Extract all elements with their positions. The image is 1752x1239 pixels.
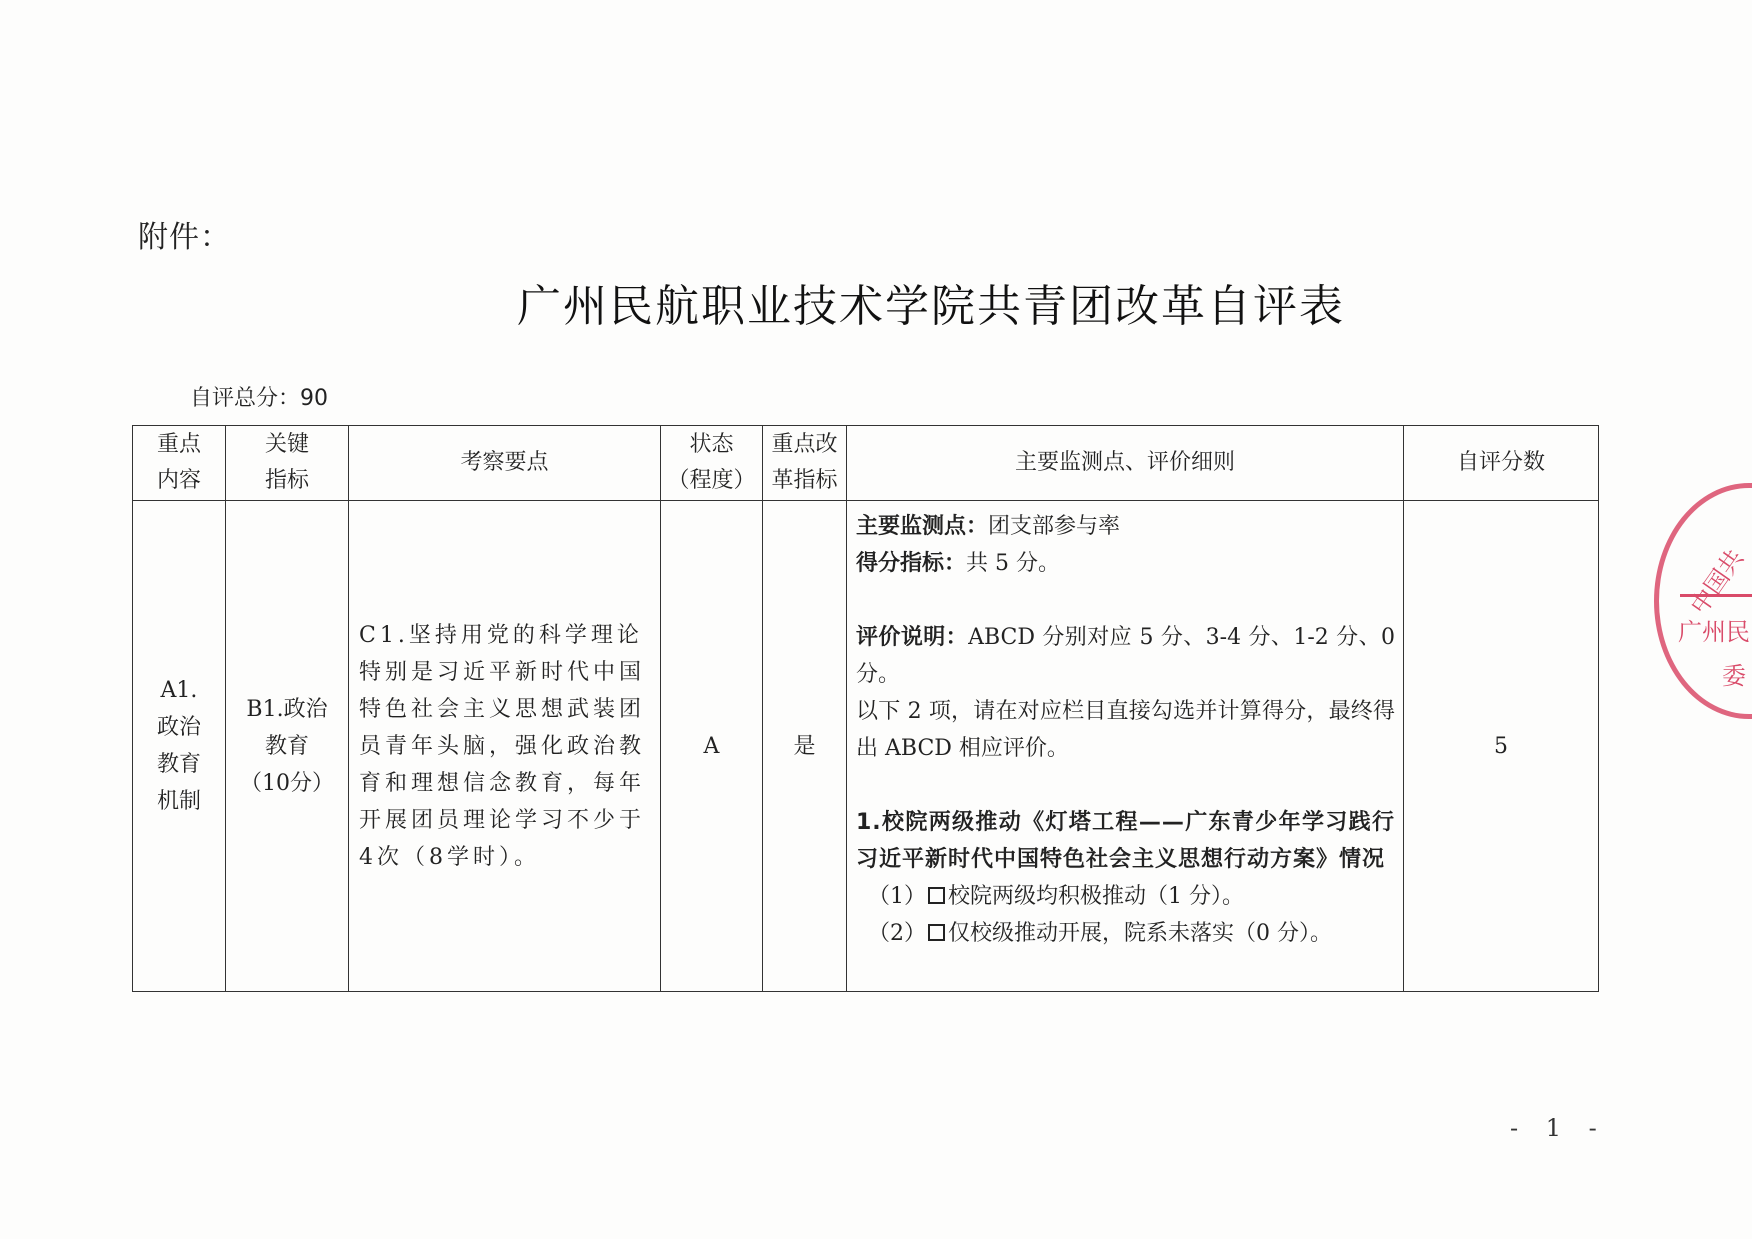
checkbox-icon[interactable] xyxy=(928,887,945,904)
evaluation-note: 评价说明：ABCD 分别对应 5 分、3-4 分、1-2 分、0 分。 xyxy=(856,619,1395,693)
cell-monitoring-details: 主要监测点：团支部参与率 得分指标：共 5 分。 评价说明：ABCD 分别对应 … xyxy=(847,501,1404,992)
cell-status: A xyxy=(661,501,763,992)
attachment-label: 附件： xyxy=(138,212,231,256)
header-inspection-points: 考察要点 xyxy=(349,426,661,501)
table-header-row: 重点 内容 关键 指标 考察要点 状态 （程度） 重点改 革指标 主要监测点、评… xyxy=(133,426,1599,501)
cell-key-reform: 是 xyxy=(763,501,847,992)
cell-self-score: 5 xyxy=(1404,501,1599,992)
page-number: - 1 - xyxy=(1510,1114,1607,1142)
instruction-text: 以下 2 项，请在对应栏目直接勾选并计算得分，最终得出 ABCD 相应评价。 xyxy=(856,693,1395,767)
header-key-content: 重点 内容 xyxy=(133,426,226,501)
spacer xyxy=(856,582,1395,619)
cell-key-content: A1. 政治 教育 机制 xyxy=(133,501,226,992)
item-title: 1.校院两级推动《灯塔工程——广东青少年学习践行习近平新时代中国特色社会主义思想… xyxy=(856,804,1395,878)
self-evaluation-table: 重点 内容 关键 指标 考察要点 状态 （程度） 重点改 革指标 主要监测点、评… xyxy=(132,425,1599,992)
total-score: 自评总分：90 xyxy=(190,381,328,412)
header-key-indicator: 关键 指标 xyxy=(226,426,349,501)
total-score-label: 自评总分： xyxy=(190,386,300,411)
cell-inspection-points: C1.坚持用党的科学理论特别是习近平新时代中国特色社会主义思想武装团员青年头脑，… xyxy=(349,501,661,992)
page-title: 广州民航职业技术学院共青团改革自评表 xyxy=(0,270,1752,334)
monitor-point: 主要监测点：团支部参与率 xyxy=(856,508,1395,545)
option-1[interactable]: （1）校院两级均积极推动（1 分）。 xyxy=(856,878,1395,915)
header-monitoring: 主要监测点、评价细则 xyxy=(847,426,1404,501)
spacer xyxy=(856,767,1395,804)
cell-key-indicator: B1.政治 教育 （10分） xyxy=(226,501,349,992)
seal-text-middle: 广州民 xyxy=(1678,612,1750,647)
seal-text-bottom: 委 xyxy=(1722,656,1746,691)
table-row: A1. 政治 教育 机制 B1.政治 教育 （10分） C1.坚持用党的科学理论… xyxy=(133,501,1599,992)
total-score-value: 90 xyxy=(300,386,328,411)
option-2[interactable]: （2）仅校级推动开展，院系未落实（0 分）。 xyxy=(856,915,1395,952)
header-self-score: 自评分数 xyxy=(1404,426,1599,501)
checkbox-icon[interactable] xyxy=(928,924,945,941)
header-status: 状态 （程度） xyxy=(661,426,763,501)
score-indicator: 得分指标：共 5 分。 xyxy=(856,545,1395,582)
header-key-reform: 重点改 革指标 xyxy=(763,426,847,501)
